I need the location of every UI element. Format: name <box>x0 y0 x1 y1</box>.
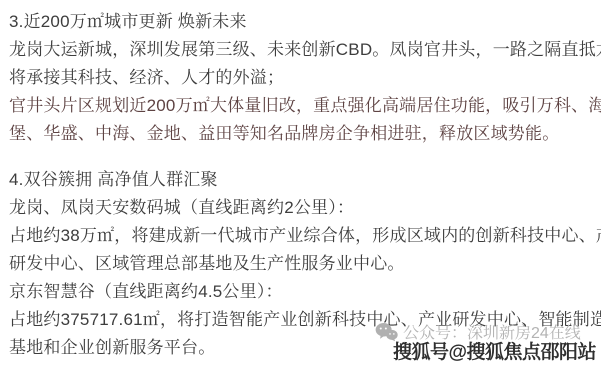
article-line: 研发中心、区域管理总部基地及生产性服务业中心。 <box>9 250 601 278</box>
article-line: 京东智慧谷（直线距离约4.5公里）： <box>9 278 601 306</box>
article-line: 占地约38万㎡，将建成新一代城市产业综合体，形成区域内的创新科技中心、产业 <box>9 222 601 250</box>
article-body: 3.近200万㎡城市更新 焕新未来 龙岗大运新城，深圳发展第三级、未来创新CBD… <box>9 8 601 362</box>
article-line: 龙岗、凤岗天安数码城（直线距离约2公里）： <box>9 194 601 222</box>
article-line: 将承接其科技、经济、人才的外溢； <box>9 64 601 92</box>
section-heading-4: 4.双谷簇拥 高净值人群汇聚 <box>9 166 601 194</box>
sohu-watermark: 搜狐号@搜狐焦点邵阳站 <box>393 337 596 364</box>
article-line: 龙岗大运新城，深圳发展第三级、未来创新CBD。凤岗官井头，一路之隔直抵龙岗， <box>9 36 601 64</box>
section-heading-3: 3.近200万㎡城市更新 焕新未来 <box>9 8 601 36</box>
article-line: 官井头片区规划近200万㎡大体量旧改，重点强化高端居住功能，吸引万科、海伦 <box>9 92 601 120</box>
article-line: 堡、华盛、中海、金地、益田等知名品牌房企争相进驻，释放区域势能。 <box>9 120 601 148</box>
